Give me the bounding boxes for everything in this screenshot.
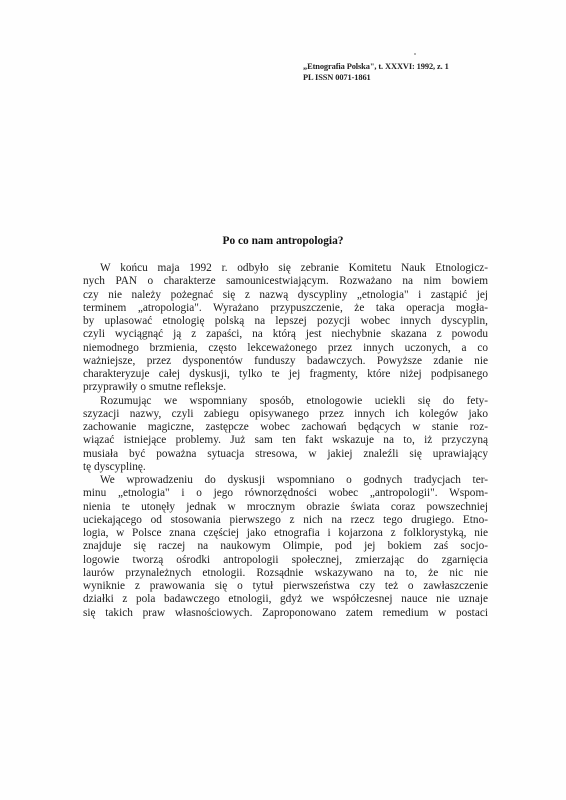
- text-line: się takich praw własnościowych. Zapropon…: [83, 607, 488, 620]
- paragraph-1: W końcu maja 1992 r. odbyło się zebranie…: [83, 262, 488, 395]
- text-line: charakteryzuje całej dyskusji, tylko te …: [83, 368, 488, 381]
- paragraph-2: Rozumując we wspomniany sposób, etnologo…: [83, 395, 488, 475]
- scan-speck: [414, 53, 416, 55]
- text-line: czyli wyciągnąć ją z zapaści, na którą j…: [83, 328, 488, 341]
- article-body: W końcu maja 1992 r. odbyło się zebranie…: [83, 262, 488, 620]
- text-line: W końcu maja 1992 r. odbyło się zebranie…: [83, 262, 488, 275]
- article-title: Po co nam antropologia?: [0, 235, 566, 247]
- text-line: zachowanie magiczne, zastępcze wobec zac…: [83, 421, 488, 434]
- text-line: nych PAN o charakterze samounicestwiając…: [83, 275, 488, 288]
- text-line: logowie tworzą ośrodki antropologii społ…: [83, 554, 488, 567]
- text-line: terminem „atropologia". Wyrażano przypus…: [83, 302, 488, 315]
- text-line: znajduje się raczej na naukowym Olimpie,…: [83, 540, 488, 553]
- text-line: logia, w Polsce znana częściej jako etno…: [83, 527, 488, 540]
- text-line: niemodnego brzmienia, często lekceważone…: [83, 342, 488, 355]
- text-line: by uplasować etnologię polską na lepszej…: [83, 315, 488, 328]
- journal-citation: „Etnografia Polska", t. XXXVI: 1992, z. …: [303, 62, 449, 83]
- text-line: We wprowadzeniu do dyskusji wspomniano o…: [83, 474, 488, 487]
- text-line: minu „etnologia" i o jego równorzędności…: [83, 487, 488, 500]
- text-line: uciekającego od stosowania pierwszego z …: [83, 514, 488, 527]
- text-line: wyniknie z prawowania się o tytuł pierws…: [83, 580, 488, 593]
- text-line: przyprawiły o smutne refleksje.: [83, 381, 488, 394]
- text-line: Rozumując we wspomniany sposób, etnologo…: [83, 395, 488, 408]
- text-line: musiała być poważna sytuacja stresowa, w…: [83, 448, 488, 461]
- journal-citation-line: „Etnografia Polska", t. XXXVI: 1992, z. …: [303, 62, 449, 73]
- text-line: nienia te utonęły jednak w mrocznym obra…: [83, 501, 488, 514]
- journal-issn-line: PL ISSN 0071-1861: [303, 73, 449, 84]
- text-line: szyzacji nazwy, czyli zabiegu opisywaneg…: [83, 408, 488, 421]
- text-line: laurów przynależnych etnologii. Rozsądni…: [83, 567, 488, 580]
- text-line: wiązać istniejące problemy. Już sam ten …: [83, 434, 488, 447]
- text-line: ważniejsze, przez dysponentów funduszy b…: [83, 355, 488, 368]
- paragraph-3: We wprowadzeniu do dyskusji wspomniano o…: [83, 474, 488, 620]
- text-line: tę dyscyplinę.: [83, 461, 488, 474]
- document-page: „Etnografia Polska", t. XXXVI: 1992, z. …: [0, 0, 566, 800]
- text-line: czy nie należy pożegnać się z nazwą dysc…: [83, 289, 488, 302]
- text-line: działki z pola badawczego etnologii, gdy…: [83, 593, 488, 606]
